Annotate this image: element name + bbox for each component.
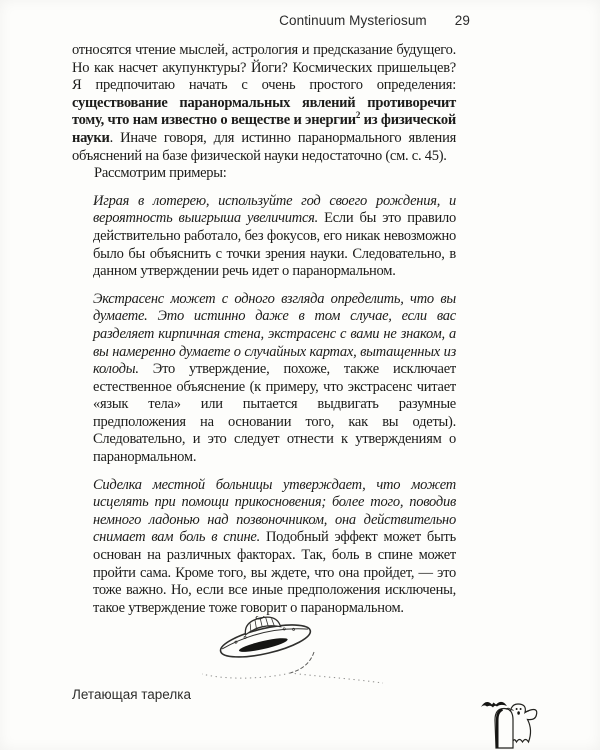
flying-saucer-illustration: [202, 616, 400, 698]
ghost-tombstone-icon: [473, 695, 551, 750]
ghost-body: [510, 704, 537, 742]
running-title: Continuum Mysteriosum: [279, 13, 427, 28]
page-number: 29: [455, 13, 470, 28]
example-paragraph: Экстрасенс может с одного взгляда опреде…: [93, 291, 456, 467]
ghost-tombstone-illustration: [473, 695, 551, 750]
figure-caption: Летающая тарелка: [72, 687, 191, 702]
example-paragraph: Играя в лотерею, используйте год своего …: [93, 193, 456, 281]
flying-saucer-icon: [202, 616, 400, 698]
text-run-normal: Это утверждение, похоже, также исключает…: [93, 361, 456, 465]
example-paragraph: Сиделка местной больницы утверждает, что…: [93, 477, 456, 618]
text-run-normal: Рассмотрим примеры:: [94, 165, 227, 181]
bat-icon: [481, 702, 507, 708]
book-page: Continuum Mysteriosum29 относятся чтение…: [0, 0, 600, 750]
text-run-normal: относятся чтение мыслей, астрология и пр…: [72, 42, 456, 93]
page-header: Continuum Mysteriosum29: [0, 13, 470, 28]
paragraph: Рассмотрим примеры:: [72, 165, 456, 183]
body-text-column: относятся чтение мыслей, астрология и пр…: [72, 42, 456, 617]
paragraph: относятся чтение мыслей, астрология и пр…: [72, 42, 456, 165]
text-run-normal: . Иначе говоря, для истинно паранормальн…: [72, 130, 456, 164]
